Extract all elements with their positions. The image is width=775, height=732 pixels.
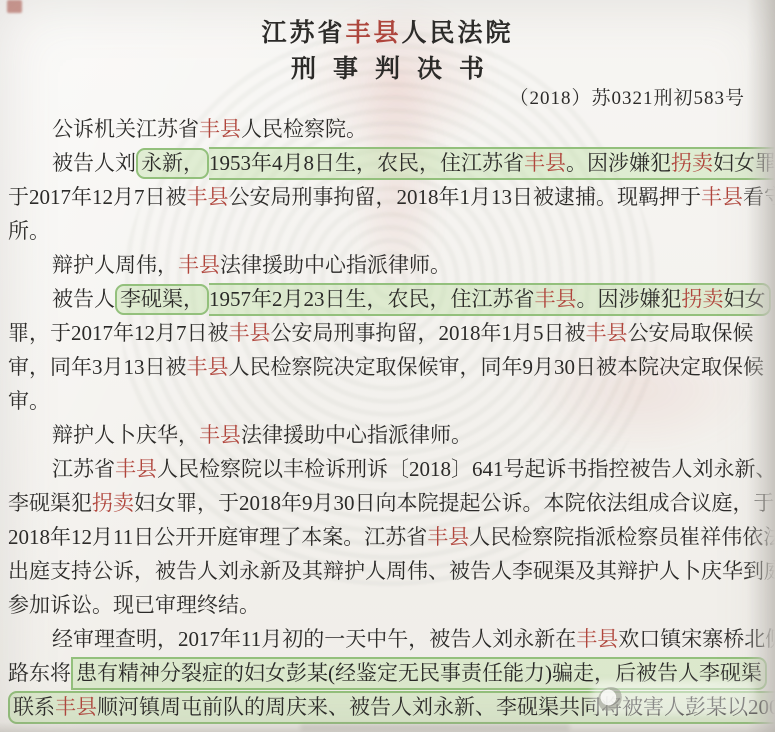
text-segment: 于2017年12月7日被 xyxy=(8,185,187,209)
text-segment: 江苏省 xyxy=(52,457,115,481)
text-segment: 辩护人卜庆华， xyxy=(52,423,199,447)
red-term: 丰县 xyxy=(576,627,618,651)
judgment-body: 公诉机关江苏省丰县人民检察院。被告人刘永新，1953年4月8日生，农民，住江苏省… xyxy=(8,112,742,724)
text-segment: 公诉机关江苏省 xyxy=(52,117,199,141)
text-segment: 出庭支持公诉，被告人刘永新及其辩护人周伟、被告人李砚渠及其辩护人卜庆华到庭 xyxy=(8,559,775,583)
text-segment: 李砚渠犯 xyxy=(8,491,92,515)
red-term: 丰县 xyxy=(701,185,743,209)
text-segment: 审，同年3月13日被 xyxy=(8,355,187,379)
judgment-photo-page: { "colors": { "red_term": "#b0453c", "hi… xyxy=(0,0,775,732)
text-segment: 人民检察院以丰检诉刑诉〔2018〕641号起诉书指控被告人刘永新、 xyxy=(157,457,775,481)
text-segment: 公安局取保候 xyxy=(628,321,754,345)
judgment-line: 审，同年3月13日被丰县人民检察院决定取保候审，同年9月30日被本院决定取保候 xyxy=(8,350,742,384)
judgment-line: 公诉机关江苏省丰县人民检察院。 xyxy=(8,112,742,146)
highlighted-text: 顺河镇周屯前队的周庆来、被告人刘永新、李砚渠共同将被害人彭某以2000 xyxy=(97,691,775,724)
judgment-line: 被告人李砚渠，1957年2月23日生，农民，住江苏省丰县。因涉嫌犯拐卖妇女 xyxy=(8,282,742,316)
judgment-line: 参加诉讼。现已审理终结。 xyxy=(8,588,742,622)
text-segment: 法律援助中心指派律师。 xyxy=(220,253,451,277)
text-segment: 人民法院 xyxy=(402,20,514,47)
judgment-line: 2018年12月11日公开开庭审理了本案。江苏省丰县人民检察院指派检察员崔祥伟依… xyxy=(8,520,742,554)
judgment-line: 李砚渠犯拐卖妇女罪，于2018年9月30日向本院提起公诉。本院依法组成合议庭，于 xyxy=(8,486,742,520)
red-term: 拐卖 xyxy=(92,491,134,515)
page-edge-shadow xyxy=(747,0,775,732)
red-term: 丰县 xyxy=(55,691,97,724)
judgment-line: 被告人刘永新，1953年4月8日生，农民，住江苏省丰县。因涉嫌犯拐卖妇女罪， xyxy=(8,146,742,180)
text-segment: 所。 xyxy=(8,219,50,243)
text-segment: 刑事判决书 xyxy=(291,56,501,83)
judgment-line: 出庭支持公诉，被告人刘永新及其辩护人周伟、被告人李砚渠及其辩护人卜庆华到庭 xyxy=(8,554,742,588)
red-term: 丰县 xyxy=(187,355,229,379)
red-term: 丰县 xyxy=(115,457,157,481)
judgment-line: 辩护人卜庆华，丰县法律援助中心指派律师。 xyxy=(8,418,742,452)
highlighted-text: 联系 xyxy=(8,691,55,724)
text-segment: 法律援助中心指派律师。 xyxy=(241,423,472,447)
red-term: 拐卖 xyxy=(671,147,713,180)
red-term: 丰县 xyxy=(586,321,628,345)
red-term: 丰县 xyxy=(535,283,577,316)
case-number: （2018）苏0321刑初583号 xyxy=(509,83,745,110)
judgment-line: 审。 xyxy=(8,384,742,418)
text-segment: 经审理查明，2017年11月初的一天中午，被告人刘永新在 xyxy=(52,627,576,651)
judgment-line: 辩护人周伟，丰县法律援助中心指派律师。 xyxy=(8,248,742,282)
judgment-line: 于2017年12月7日被丰县公安局刑事拘留，2018年1月13日被逮捕。现羁押于… xyxy=(8,180,742,214)
page-edge-shadow xyxy=(0,722,775,732)
highlighted-text: 。因涉嫌犯 xyxy=(566,147,671,180)
judgment-line: 经审理查明，2017年11月初的一天中午，被告人刘永新在丰县欢口镇宋寨桥北侧 xyxy=(8,622,742,656)
red-term: 拐卖 xyxy=(682,283,724,316)
red-term: 丰县 xyxy=(187,185,229,209)
highlighted-text: 患有精神分裂症的妇女彭某(经鉴定无民事责任能力)骗走，后被告人李砚渠 xyxy=(71,657,767,690)
text-segment: 路东将 xyxy=(8,661,71,685)
text-segment: 妇女罪，于2018年9月30日向本院提起公诉。本院依法组成合议庭，于 xyxy=(134,491,775,515)
red-term: 丰县 xyxy=(229,321,271,345)
red-term: 丰县 xyxy=(178,253,220,277)
red-term: 丰县 xyxy=(199,423,241,447)
judgment-line: 路东将患有精神分裂症的妇女彭某(经鉴定无民事责任能力)骗走，后被告人李砚渠 xyxy=(8,656,742,690)
judgment-line: 江苏省丰县人民检察院以丰检诉刑诉〔2018〕641号起诉书指控被告人刘永新、 xyxy=(8,452,742,486)
highlighted-text: 永新， xyxy=(136,148,209,179)
text-segment: 江苏省 xyxy=(261,20,345,47)
red-term: 丰县 xyxy=(199,117,241,141)
court-name-title: 江苏省丰县人民法院 xyxy=(0,13,775,49)
text-segment: 审。 xyxy=(8,389,50,413)
judgment-line: 罪，于2017年12月7日被丰县公安局刑事拘留，2018年1月5日被丰县公安局取… xyxy=(8,316,742,350)
judgment-line: 所。 xyxy=(8,214,742,248)
text-segment: 人民检察院。 xyxy=(241,117,367,141)
corner-red-mark xyxy=(7,0,22,13)
red-term: 丰县 xyxy=(524,147,566,180)
highlighted-text: 1953年4月8日生，农民，住江苏省 xyxy=(209,147,524,180)
highlighted-text: 。因涉嫌犯 xyxy=(577,283,682,316)
judgment-line: 联系丰县顺河镇周屯前队的周庆来、被告人刘永新、李砚渠共同将被害人彭某以2000 xyxy=(8,690,742,724)
text-segment: 公安局刑事拘留，2018年1月5日被 xyxy=(271,321,586,345)
highlighted-text: 李砚渠， xyxy=(115,284,209,315)
text-segment: 人民检察院指派检察员崔祥伟依法 xyxy=(469,525,775,549)
text-segment: 2018年12月11日公开开庭审理了本案。江苏省 xyxy=(8,525,427,549)
document-type-title: 刑事判决书 xyxy=(0,49,775,85)
text-segment: 被告人 xyxy=(52,287,115,311)
text-segment: 被告人刘 xyxy=(52,151,136,175)
red-term: 丰县 xyxy=(427,525,469,549)
highlighted-text: 1957年2月23日生，农民，住江苏省 xyxy=(209,283,535,316)
text-segment: 罪，于2017年12月7日被 xyxy=(8,321,229,345)
text-segment: 公安局刑事拘留，2018年1月13日被逮捕。现羁押于 xyxy=(229,185,702,209)
red-term: 丰县 xyxy=(345,20,401,47)
text-segment: 人民检察院决定取保候审，同年9月30日被本院决定取保候 xyxy=(229,355,765,379)
text-segment: 辩护人周伟， xyxy=(52,253,178,277)
text-segment: 参加诉讼。现已审理终结。 xyxy=(8,593,260,617)
